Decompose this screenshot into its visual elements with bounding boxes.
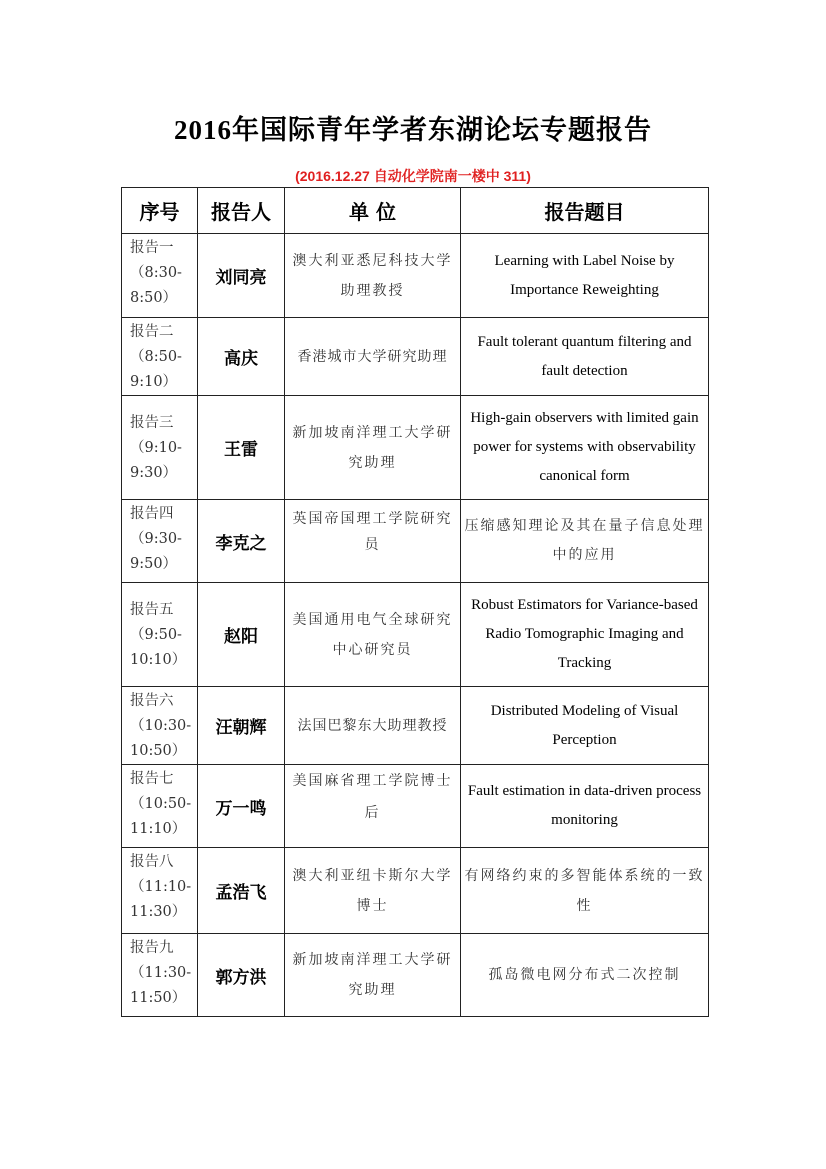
header-topic: 报告题目 xyxy=(461,188,709,234)
speaker-cell: 李克之 xyxy=(198,500,285,583)
header-seq: 序号 xyxy=(122,188,198,234)
seq-cell: 报告二（8:50-9:10） xyxy=(122,318,198,396)
org-cell: 香港城市大学研究助理 xyxy=(285,318,461,396)
seq-label: 报告六 xyxy=(130,689,195,714)
time-end: 9:50） xyxy=(130,552,195,577)
time-start: （11:30- xyxy=(130,961,195,986)
seq-cell: 报告六（10:30-10:50） xyxy=(122,687,198,765)
topic-cell: Robust Estimators for Variance-based Rad… xyxy=(461,583,709,687)
table-row: 报告六（10:30-10:50） 汪朝辉 法国巴黎东大助理教授 Distribu… xyxy=(122,687,709,765)
table-row: 报告八（11:10-11:30） 孟浩飞 澳大利亚纽卡斯尔大学博士 有网络约束的… xyxy=(122,848,709,934)
table-row: 报告一（8:30-8:50） 刘同亮 澳大利亚悉尼科技大学助理教授 Learni… xyxy=(122,234,709,318)
seq-cell: 报告三（9:10-9:30） xyxy=(122,396,198,500)
org-cell: 美国麻省理工学院博士后 xyxy=(285,765,461,848)
time-end: 10:10） xyxy=(130,648,195,673)
time-end: 9:10） xyxy=(130,370,195,395)
time-start: （8:30- xyxy=(130,261,195,286)
seq-label: 报告三 xyxy=(130,411,195,436)
event-date-location: (2016.12.27 自动化学院南一楼中 311) xyxy=(0,166,826,186)
topic-cell: High-gain observers with limited gain po… xyxy=(461,396,709,500)
topic-cell: 孤岛微电网分布式二次控制 xyxy=(461,934,709,1017)
topic-cell: Distributed Modeling of Visual Perceptio… xyxy=(461,687,709,765)
speaker-cell: 刘同亮 xyxy=(198,234,285,318)
seq-label: 报告四 xyxy=(130,502,195,527)
seq-label: 报告九 xyxy=(130,936,195,961)
time-end: 11:30） xyxy=(130,900,195,925)
time-end: 11:10） xyxy=(130,817,195,842)
org-cell: 澳大利亚纽卡斯尔大学博士 xyxy=(285,848,461,934)
seq-cell: 报告四（9:30-9:50） xyxy=(122,500,198,583)
table-row: 报告七（10:50-11:10） 万一鸣 美国麻省理工学院博士后 Fault e… xyxy=(122,765,709,848)
org-cell: 法国巴黎东大助理教授 xyxy=(285,687,461,765)
speaker-cell: 赵阳 xyxy=(198,583,285,687)
seq-cell: 报告五（9:50-10:10） xyxy=(122,583,198,687)
table-row: 报告二（8:50-9:10） 高庆 香港城市大学研究助理 Fault toler… xyxy=(122,318,709,396)
seq-label: 报告二 xyxy=(130,320,195,345)
table-row: 报告五（9:50-10:10） 赵阳 美国通用电气全球研究中心研究员 Robus… xyxy=(122,583,709,687)
table-header-row: 序号 报告人 单 位 报告题目 xyxy=(122,188,709,234)
time-start: （11:10- xyxy=(130,875,195,900)
speaker-cell: 汪朝辉 xyxy=(198,687,285,765)
org-cell: 新加坡南洋理工大学研究助理 xyxy=(285,396,461,500)
org-cell: 新加坡南洋理工大学研究助理 xyxy=(285,934,461,1017)
seq-cell: 报告一（8:30-8:50） xyxy=(122,234,198,318)
seq-cell: 报告八（11:10-11:30） xyxy=(122,848,198,934)
seq-label: 报告八 xyxy=(130,850,195,875)
topic-cell: 有网络约束的多智能体系统的一致性 xyxy=(461,848,709,934)
time-start: （10:50- xyxy=(130,792,195,817)
seq-cell: 报告九（11:30-11:50） xyxy=(122,934,198,1017)
time-end: 11:50） xyxy=(130,986,195,1011)
seq-label: 报告七 xyxy=(130,767,195,792)
schedule-table: 序号 报告人 单 位 报告题目 报告一（8:30-8:50） 刘同亮 澳大利亚悉… xyxy=(121,187,709,1017)
time-start: （9:10- xyxy=(130,436,195,461)
topic-cell: Learning with Label Noise by Importance … xyxy=(461,234,709,318)
time-end: 9:30） xyxy=(130,461,195,486)
time-start: （9:30- xyxy=(130,527,195,552)
page-title: 2016年国际青年学者东湖论坛专题报告 xyxy=(0,108,826,147)
org-cell: 美国通用电气全球研究中心研究员 xyxy=(285,583,461,687)
header-speaker: 报告人 xyxy=(198,188,285,234)
topic-cell: Fault tolerant quantum filtering and fau… xyxy=(461,318,709,396)
table-row: 报告九（11:30-11:50） 郭方洪 新加坡南洋理工大学研究助理 孤岛微电网… xyxy=(122,934,709,1017)
speaker-cell: 高庆 xyxy=(198,318,285,396)
topic-cell: Fault estimation in data-driven process … xyxy=(461,765,709,848)
time-end: 10:50） xyxy=(130,739,195,764)
table-row: 报告四（9:30-9:50） 李克之 英国帝国理工学院研究员 压缩感知理论及其在… xyxy=(122,500,709,583)
speaker-cell: 郭方洪 xyxy=(198,934,285,1017)
table-row: 报告三（9:10-9:30） 王雷 新加坡南洋理工大学研究助理 High-gai… xyxy=(122,396,709,500)
org-cell: 澳大利亚悉尼科技大学助理教授 xyxy=(285,234,461,318)
speaker-cell: 孟浩飞 xyxy=(198,848,285,934)
seq-cell: 报告七（10:50-11:10） xyxy=(122,765,198,848)
header-org: 单 位 xyxy=(285,188,461,234)
seq-label: 报告五 xyxy=(130,598,195,623)
topic-cell: 压缩感知理论及其在量子信息处理中的应用 xyxy=(461,500,709,583)
org-cell: 英国帝国理工学院研究员 xyxy=(285,500,461,583)
seq-label: 报告一 xyxy=(130,236,195,261)
time-start: （9:50- xyxy=(130,623,195,648)
time-end: 8:50） xyxy=(130,286,195,311)
speaker-cell: 王雷 xyxy=(198,396,285,500)
speaker-cell: 万一鸣 xyxy=(198,765,285,848)
time-start: （10:30- xyxy=(130,714,195,739)
time-start: （8:50- xyxy=(130,345,195,370)
